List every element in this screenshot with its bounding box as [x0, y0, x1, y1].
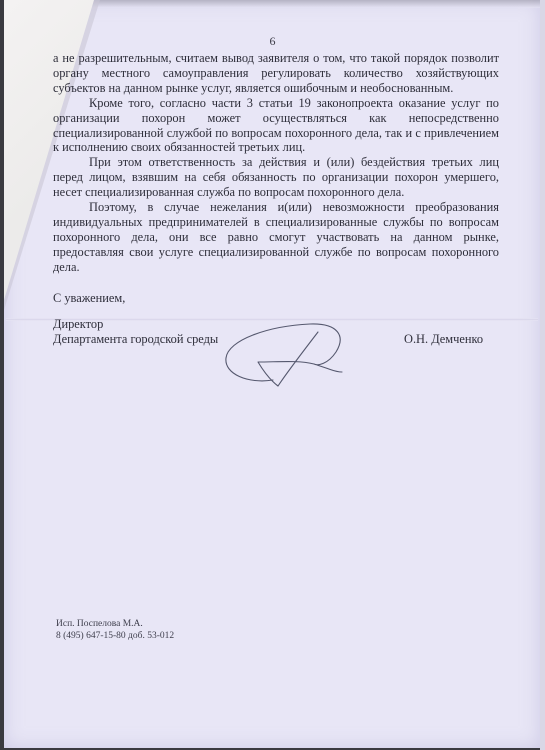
- page-number: 6: [0, 34, 545, 49]
- letter-body: а не разрешительным, считаем вывод заяви…: [53, 51, 499, 275]
- signatory-position: Директор: [53, 317, 103, 332]
- executor-phone: 8 (495) 647-15-80 доб. 53-012: [56, 630, 174, 642]
- paragraph: Поэтому, в случае нежелания и(или) невоз…: [53, 200, 499, 275]
- signatory-department: Департамента городской среды: [53, 332, 218, 347]
- scan-shadow: [60, 0, 540, 8]
- paragraph: а не разрешительным, считаем вывод заяви…: [53, 51, 499, 96]
- paragraph: При этом ответственность за действия и (…: [53, 155, 499, 200]
- handwritten-signature-icon: [218, 318, 348, 390]
- page-edge: [540, 0, 545, 750]
- executor-info: Исп. Поспелова М.А. 8 (495) 647-15-80 до…: [56, 618, 174, 642]
- closing-salutation: С уважением,: [53, 291, 125, 306]
- signatory-name: О.Н. Демченко: [404, 332, 483, 347]
- executor-name: Исп. Поспелова М.А.: [56, 618, 174, 630]
- paragraph: Кроме того, согласно части 3 статьи 19 з…: [53, 96, 499, 156]
